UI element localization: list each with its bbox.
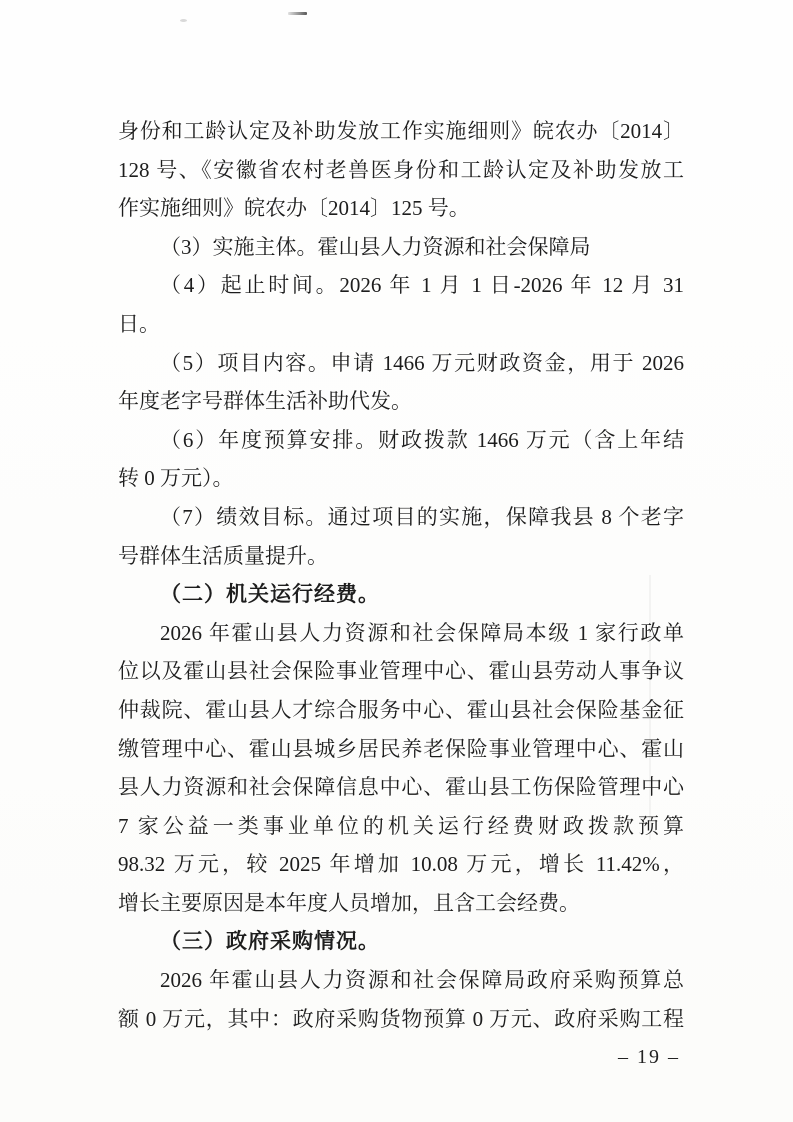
body-text-line: 额 0 万元，其中：政府采购货物预算 0 万元、政府采购工程: [118, 1000, 684, 1039]
body-text-line: 7 家公益一类事业单位的机关运行经费财政拨款预算: [118, 807, 684, 846]
body-text-line: 位以及霍山县社会保险事业管理中心、霍山县劳动人事争议: [118, 652, 684, 691]
body-text-line: 98.32 万元，较 2025 年增加 10.08 万元，增长 11.42%，: [118, 845, 684, 884]
body-text-line: 2026 年霍山县人力资源和社会保障局政府采购预算总: [118, 961, 684, 1000]
body-text-line: 身份和工龄认定及补助发放工作实施细则》皖农办〔2014〕: [118, 112, 684, 151]
body-text-line: （7）绩效目标。通过项目的实施，保障我县 8 个老字: [118, 498, 684, 537]
document-body: 身份和工龄认定及补助发放工作实施细则》皖农办〔2014〕128 号、《安徽省农村…: [118, 112, 684, 1038]
section-heading-line: （二）机关运行经费。: [118, 575, 684, 614]
body-text-line: 增长主要原因是本年度人员增加，且含工会经费。: [118, 884, 684, 923]
body-text-line: （3）实施主体。霍山县人力资源和社会保障局: [118, 228, 684, 267]
section-heading-line: （三）政府采购情况。: [118, 922, 684, 961]
body-text-line: 2026 年霍山县人力资源和社会保障局本级 1 家行政单: [118, 614, 684, 653]
body-text-line: 号群体生活质量提升。: [118, 537, 684, 576]
document-page: 身份和工龄认定及补助发放工作实施细则》皖农办〔2014〕128 号、《安徽省农村…: [0, 0, 793, 1122]
body-text-line: 128 号、《安徽省农村老兽医身份和工龄认定及补助发放工: [118, 151, 684, 190]
body-text-line: 仲裁院、霍山县人才综合服务中心、霍山县社会保险基金征: [118, 691, 684, 730]
body-text-line: 转 0 万元）。: [118, 459, 684, 498]
body-text-line: 日。: [118, 305, 684, 344]
body-text-line: 作实施细则》皖农办〔2014〕125 号。: [118, 189, 684, 228]
scan-artifact-dash: [288, 12, 307, 15]
body-text-line: （6）年度预算安排。财政拨款 1466 万元（含上年结: [118, 421, 684, 460]
body-text-line: （4）起止时间。2026 年 1 月 1 日-2026 年 12 月 31: [118, 266, 684, 305]
body-text-line: 年度老字号群体生活补助代发。: [118, 382, 684, 421]
body-text-line: （5）项目内容。申请 1466 万元财政资金，用于 2026: [118, 344, 684, 383]
scan-artifact-speck: [180, 19, 187, 22]
body-text-line: 县人力资源和社会保障信息中心、霍山县工伤保险管理中心: [118, 768, 684, 807]
page-number: – 19 –: [618, 1046, 680, 1069]
body-text-line: 缴管理中心、霍山县城乡居民养老保险事业管理中心、霍山: [118, 730, 684, 769]
